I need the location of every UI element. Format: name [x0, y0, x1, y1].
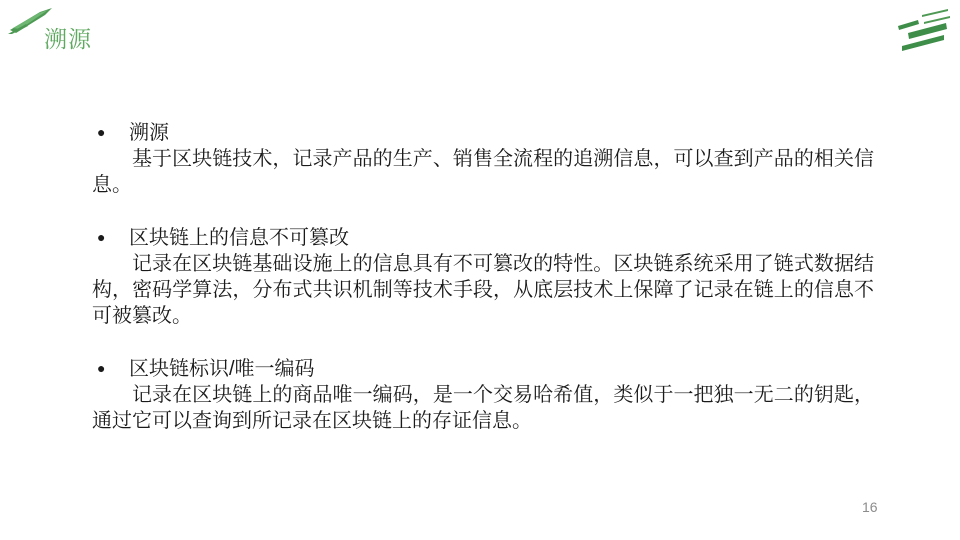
- item-heading: ●区块链上的信息不可篡改: [92, 224, 874, 251]
- bullet-icon: ●: [97, 355, 129, 381]
- list-item: ●区块链标识/唯一编码 记录在区块链上的商品唯一编码，是一个交易哈希值，类似于一…: [92, 355, 874, 434]
- item-heading-text: 区块链标识/唯一编码: [129, 358, 315, 380]
- item-heading-text: 区块链上的信息不可篡改: [129, 227, 349, 249]
- item-body-text: 基于区块链技术，记录产品的生产、销售全流程的追溯信息，可以查到产品的相关信息。: [92, 146, 874, 198]
- item-body-text: 记录在区块链上的商品唯一编码，是一个交易哈希值，类似于一把独一无二的钥匙，通过它…: [92, 382, 874, 434]
- item-body-text: 记录在区块链基础设施上的信息具有不可篡改的特性。区块链系统采用了链式数据结构，密…: [92, 251, 874, 329]
- corner-logo-icon: [892, 6, 952, 51]
- page-number: 16: [862, 499, 878, 515]
- list-item: ●区块链上的信息不可篡改 记录在区块链基础设施上的信息具有不可篡改的特性。区块链…: [92, 224, 874, 329]
- bullet-icon: ●: [97, 119, 129, 145]
- slide-content: ●溯源 基于区块链技术，记录产品的生产、销售全流程的追溯信息，可以查到产品的相关…: [92, 119, 874, 460]
- item-heading: ●区块链标识/唯一编码: [92, 355, 874, 382]
- slide-title: 溯源: [44, 26, 92, 53]
- item-heading: ●溯源: [92, 119, 874, 146]
- bullet-icon: ●: [97, 224, 129, 250]
- list-item: ●溯源 基于区块链技术，记录产品的生产、销售全流程的追溯信息，可以查到产品的相关…: [92, 119, 874, 198]
- presentation-slide: 溯源 ●溯源 基于区块链技术，记录产品的生产、销售全流程的追溯信息，可以查到产品…: [0, 0, 960, 540]
- item-heading-text: 溯源: [129, 122, 169, 144]
